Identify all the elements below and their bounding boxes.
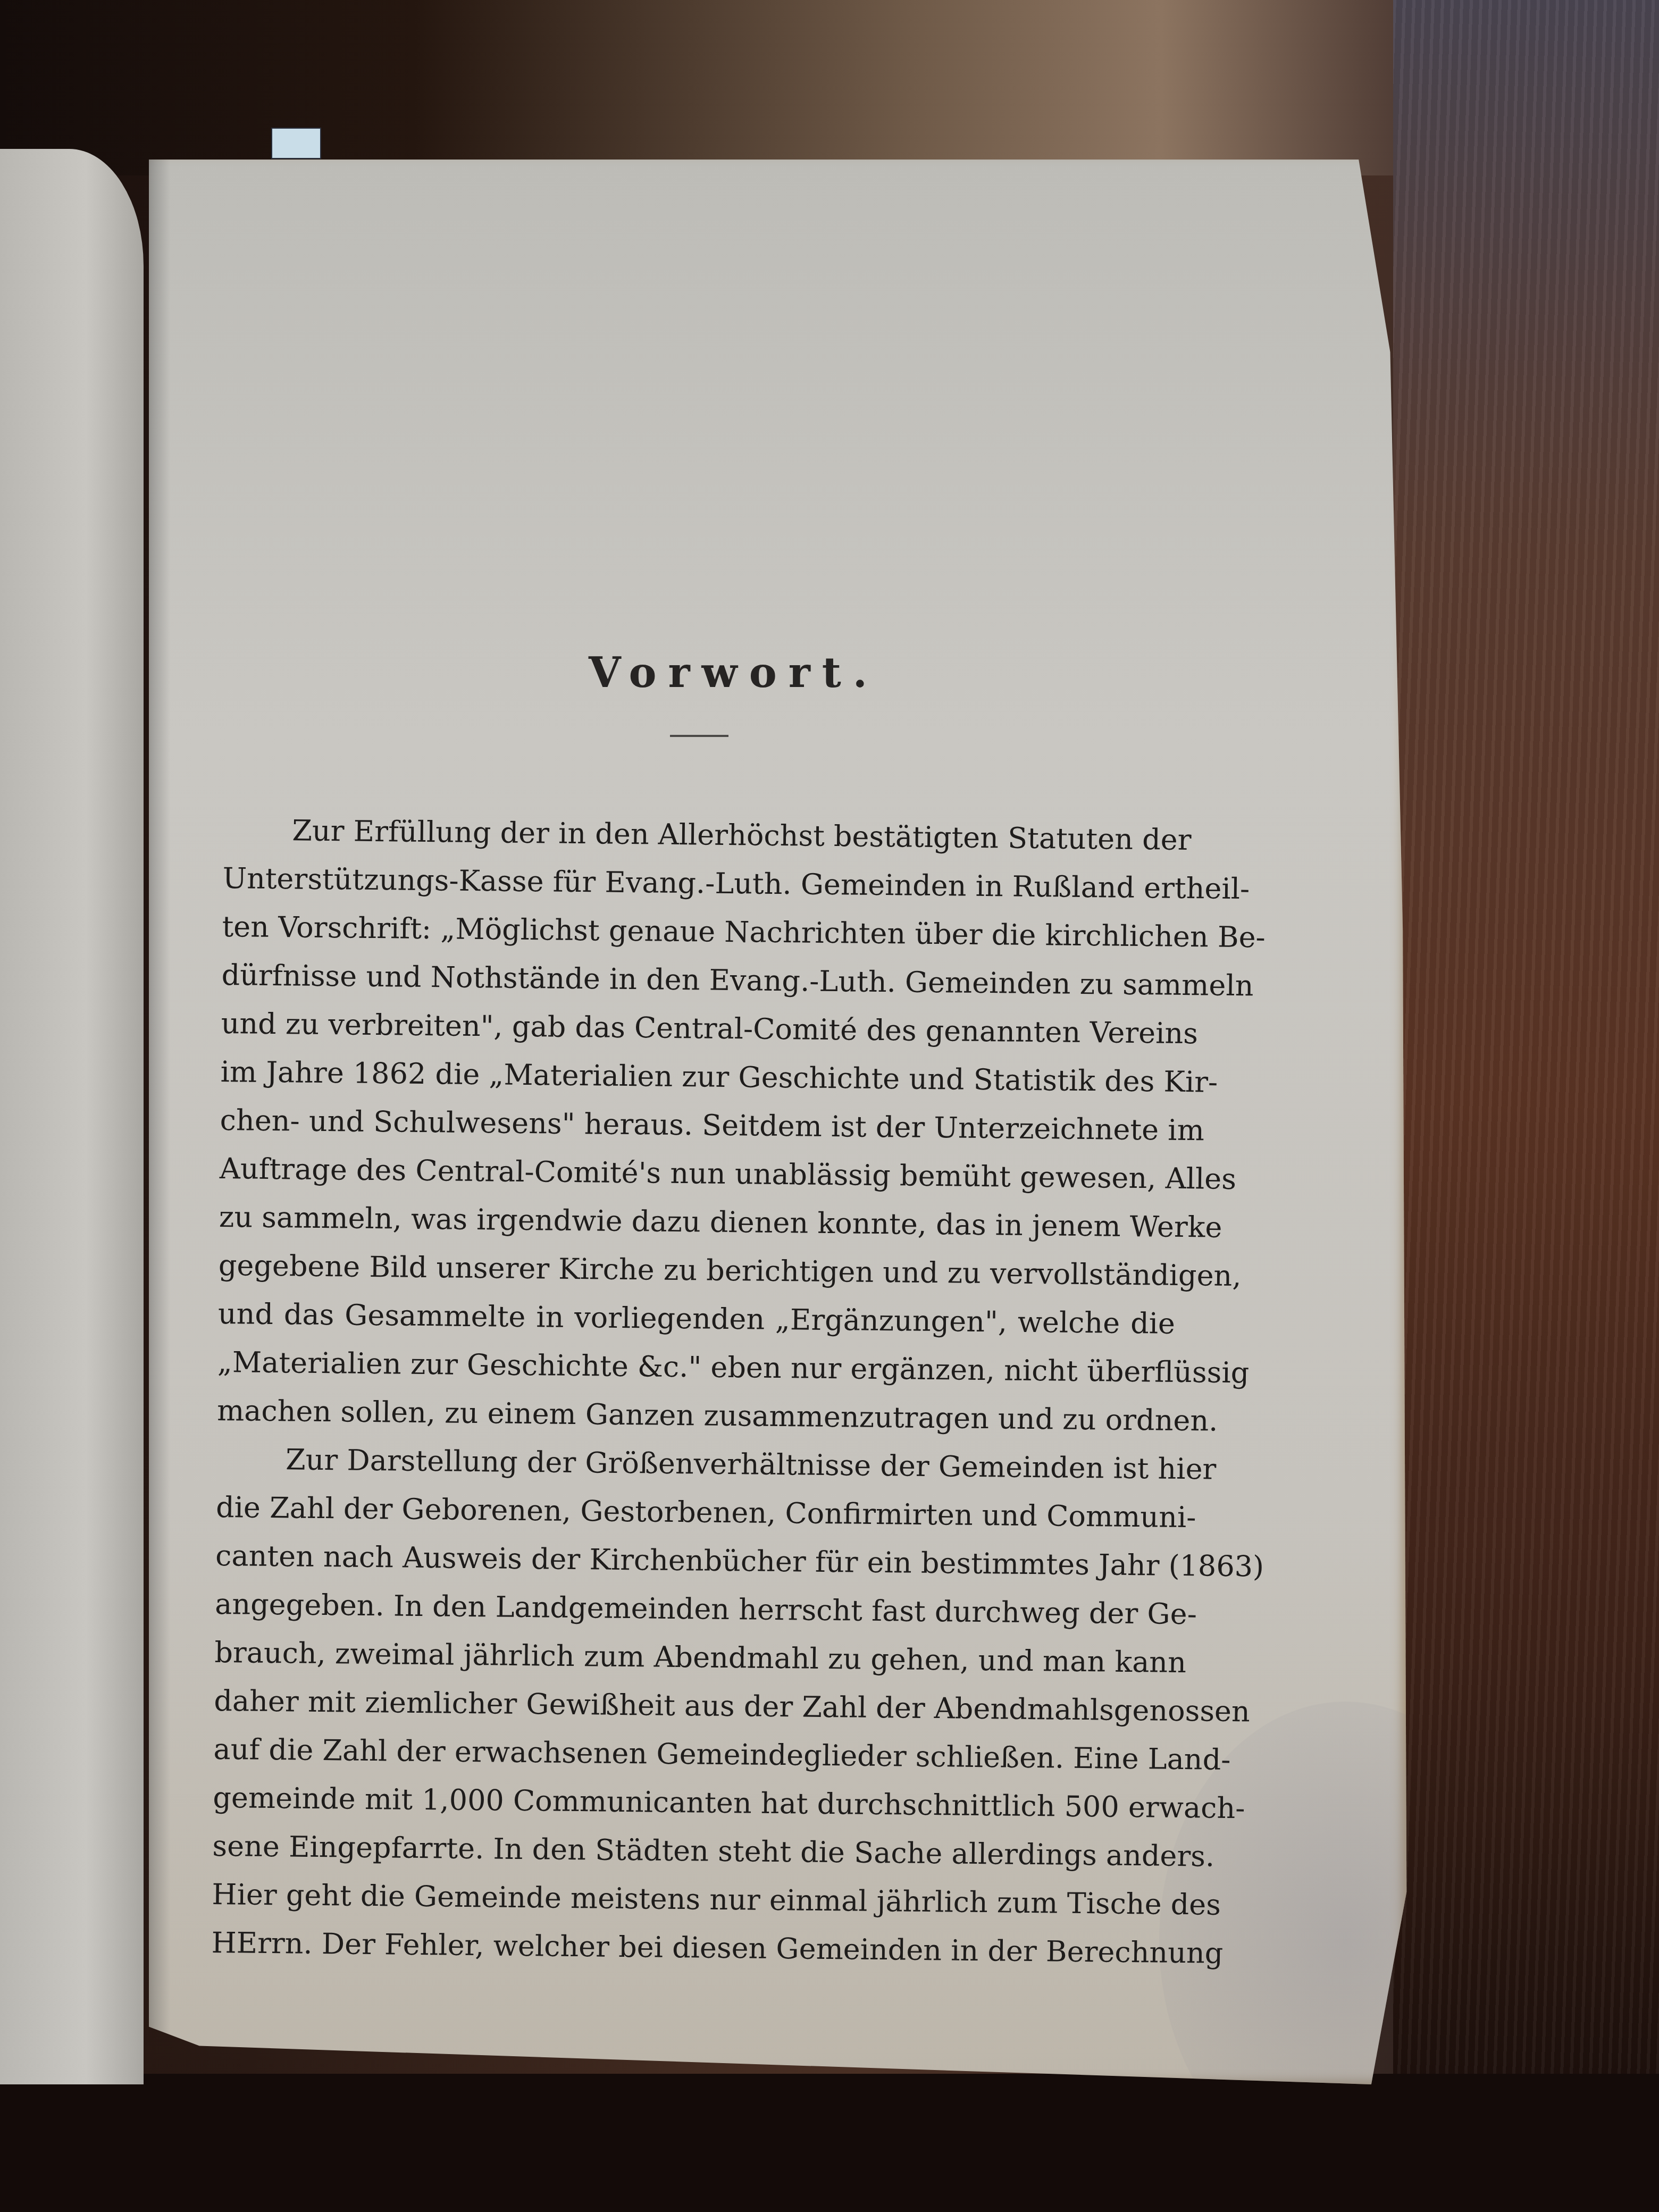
left-facing-page (0, 149, 144, 2084)
text-line: HErrn. Der Fehler, welcher bei diesen Ge… (211, 1918, 1169, 1977)
wooden-table-right (1393, 0, 1659, 2212)
paragraph-1: Zur Erfüllung der in den Allerhöchst bes… (217, 806, 1180, 1445)
paper-tab-marker (271, 128, 321, 159)
paragraph-2: Zur Darstellung der Größenverhältnisse d… (211, 1435, 1174, 1977)
title-divider-rule (670, 735, 728, 737)
wooden-table-bottom (0, 2074, 1659, 2212)
book-page: Vorwort. Zur Erfüllung der in den Allerh… (149, 160, 1409, 2084)
gutter-shadow (149, 160, 170, 2084)
page-title: Vorwort. (149, 649, 1319, 697)
body-text: Zur Erfüllung der in den Allerhöchst bes… (211, 806, 1180, 1977)
